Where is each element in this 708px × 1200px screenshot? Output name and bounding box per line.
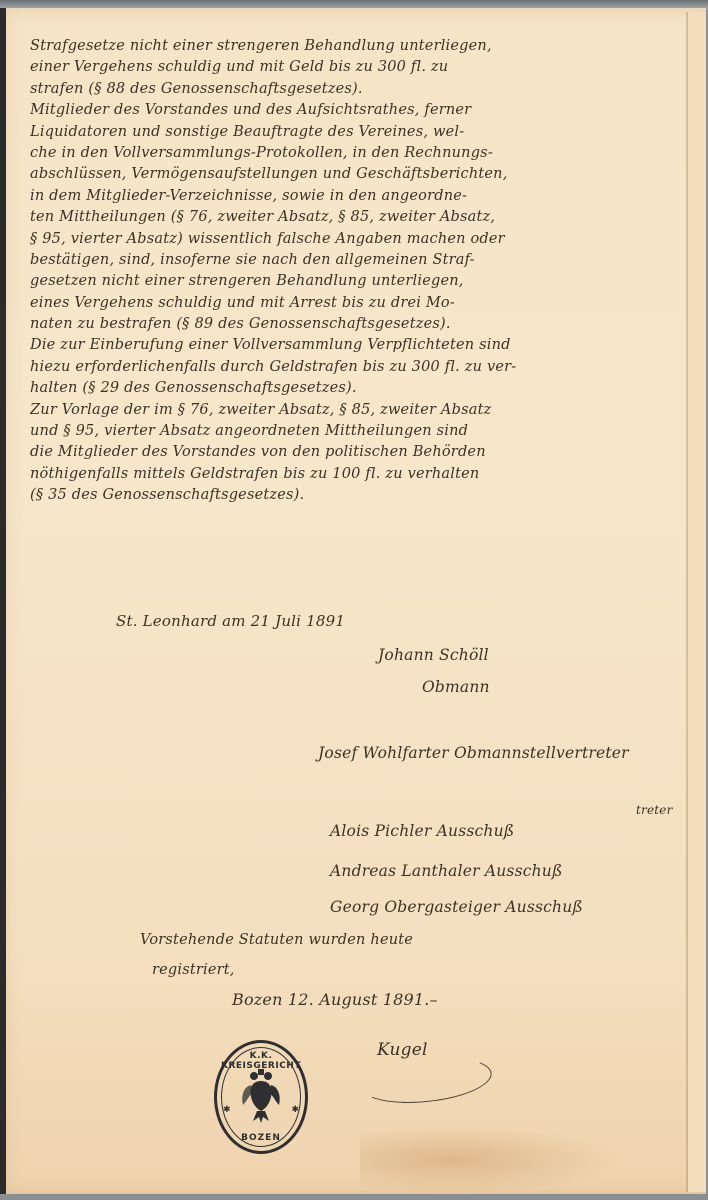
body-line: Mitglieder des Vorstandes und des Aufsic… bbox=[30, 100, 670, 121]
body-line: (§ 35 des Genossenschaftsgesetzes). bbox=[30, 485, 670, 506]
body-line: eines Vergehens schuldig und mit Arrest … bbox=[30, 293, 670, 314]
signature-vice-chairman: Josef Wohlfarter Obmannstellvertreter bbox=[318, 744, 629, 762]
registration-place-date: Bozen 12. August 1891.– bbox=[232, 990, 438, 1009]
signature-chairman: Johann Schöll bbox=[378, 646, 489, 664]
water-stain bbox=[360, 1125, 620, 1195]
body-line: Zur Vorlage der im § 76, zweiter Absatz,… bbox=[30, 400, 670, 421]
page-right-strip bbox=[688, 12, 706, 1192]
body-line: in dem Mitglieder-Verzeichnisse, sowie i… bbox=[30, 186, 670, 207]
body-line: § 95, vierter Absatz) wissentlich falsch… bbox=[30, 229, 670, 250]
body-line: Die zur Einberufung einer Vollversammlun… bbox=[30, 335, 670, 356]
registration-note: Vorstehende Statuten wurden heute bbox=[140, 932, 413, 948]
clerk-signature: Kugel bbox=[377, 1040, 428, 1060]
place-and-date: St. Leonhard am 21 Juli 1891 bbox=[116, 612, 345, 630]
registration-note-cont: registriert, bbox=[152, 962, 235, 978]
body-line: che in den Vollversammlungs-Protokollen,… bbox=[30, 143, 670, 164]
body-line: strafen (§ 88 des Genossenschaftsgesetze… bbox=[30, 79, 670, 100]
signature-committee-1: Alois Pichler Ausschuß bbox=[330, 822, 514, 840]
body-line: gesetzen nicht einer strengeren Behandlu… bbox=[30, 271, 670, 292]
body-line: einer Vergehens schuldig und mit Geld bi… bbox=[30, 57, 670, 78]
body-line: halten (§ 29 des Genossenschaftsgesetzes… bbox=[30, 378, 670, 399]
body-line: abschlüssen, Vermögensaufstellungen und … bbox=[30, 164, 670, 185]
double-headed-eagle-icon bbox=[239, 1067, 283, 1125]
star-icon: ✱ bbox=[223, 1105, 231, 1115]
body-line: hiezu erforderlichenfalls durch Geldstra… bbox=[30, 357, 670, 378]
court-seal-stamp: K.K. KREISGERICHT ✱ ✱ BOZEN bbox=[214, 1040, 308, 1154]
body-line: Strafgesetze nicht einer strengeren Beha… bbox=[30, 36, 670, 57]
body-line: ten Mittheilungen (§ 76, zweiter Absatz,… bbox=[30, 207, 670, 228]
body-line: Liquidatoren und sonstige Beauftragte de… bbox=[30, 122, 670, 143]
body-line: und § 95, vierter Absatz angeordneten Mi… bbox=[30, 421, 670, 442]
signature-committee-3: Georg Obergasteiger Ausschuß bbox=[330, 898, 583, 916]
signature-chairman-role: Obmann bbox=[422, 678, 490, 696]
page-left-edge bbox=[0, 8, 6, 1194]
signature-committee-2: Andreas Lanthaler Ausschuß bbox=[330, 862, 563, 880]
body-line: naten zu bestrafen (§ 89 des Genossensch… bbox=[30, 314, 670, 335]
body-line: nöthigenfalls mittels Geldstrafen bis zu… bbox=[30, 464, 670, 485]
star-icon: ✱ bbox=[291, 1105, 299, 1115]
body-line: bestätigen, sind, insoferne sie nach den… bbox=[30, 250, 670, 271]
handwritten-body: Strafgesetze nicht einer strengeren Beha… bbox=[30, 36, 670, 507]
signature-vice-chairman-suffix: treter bbox=[636, 803, 673, 817]
seal-text-bottom: BOZEN bbox=[217, 1133, 305, 1143]
body-line: die Mitglieder des Vorstandes von den po… bbox=[30, 442, 670, 463]
